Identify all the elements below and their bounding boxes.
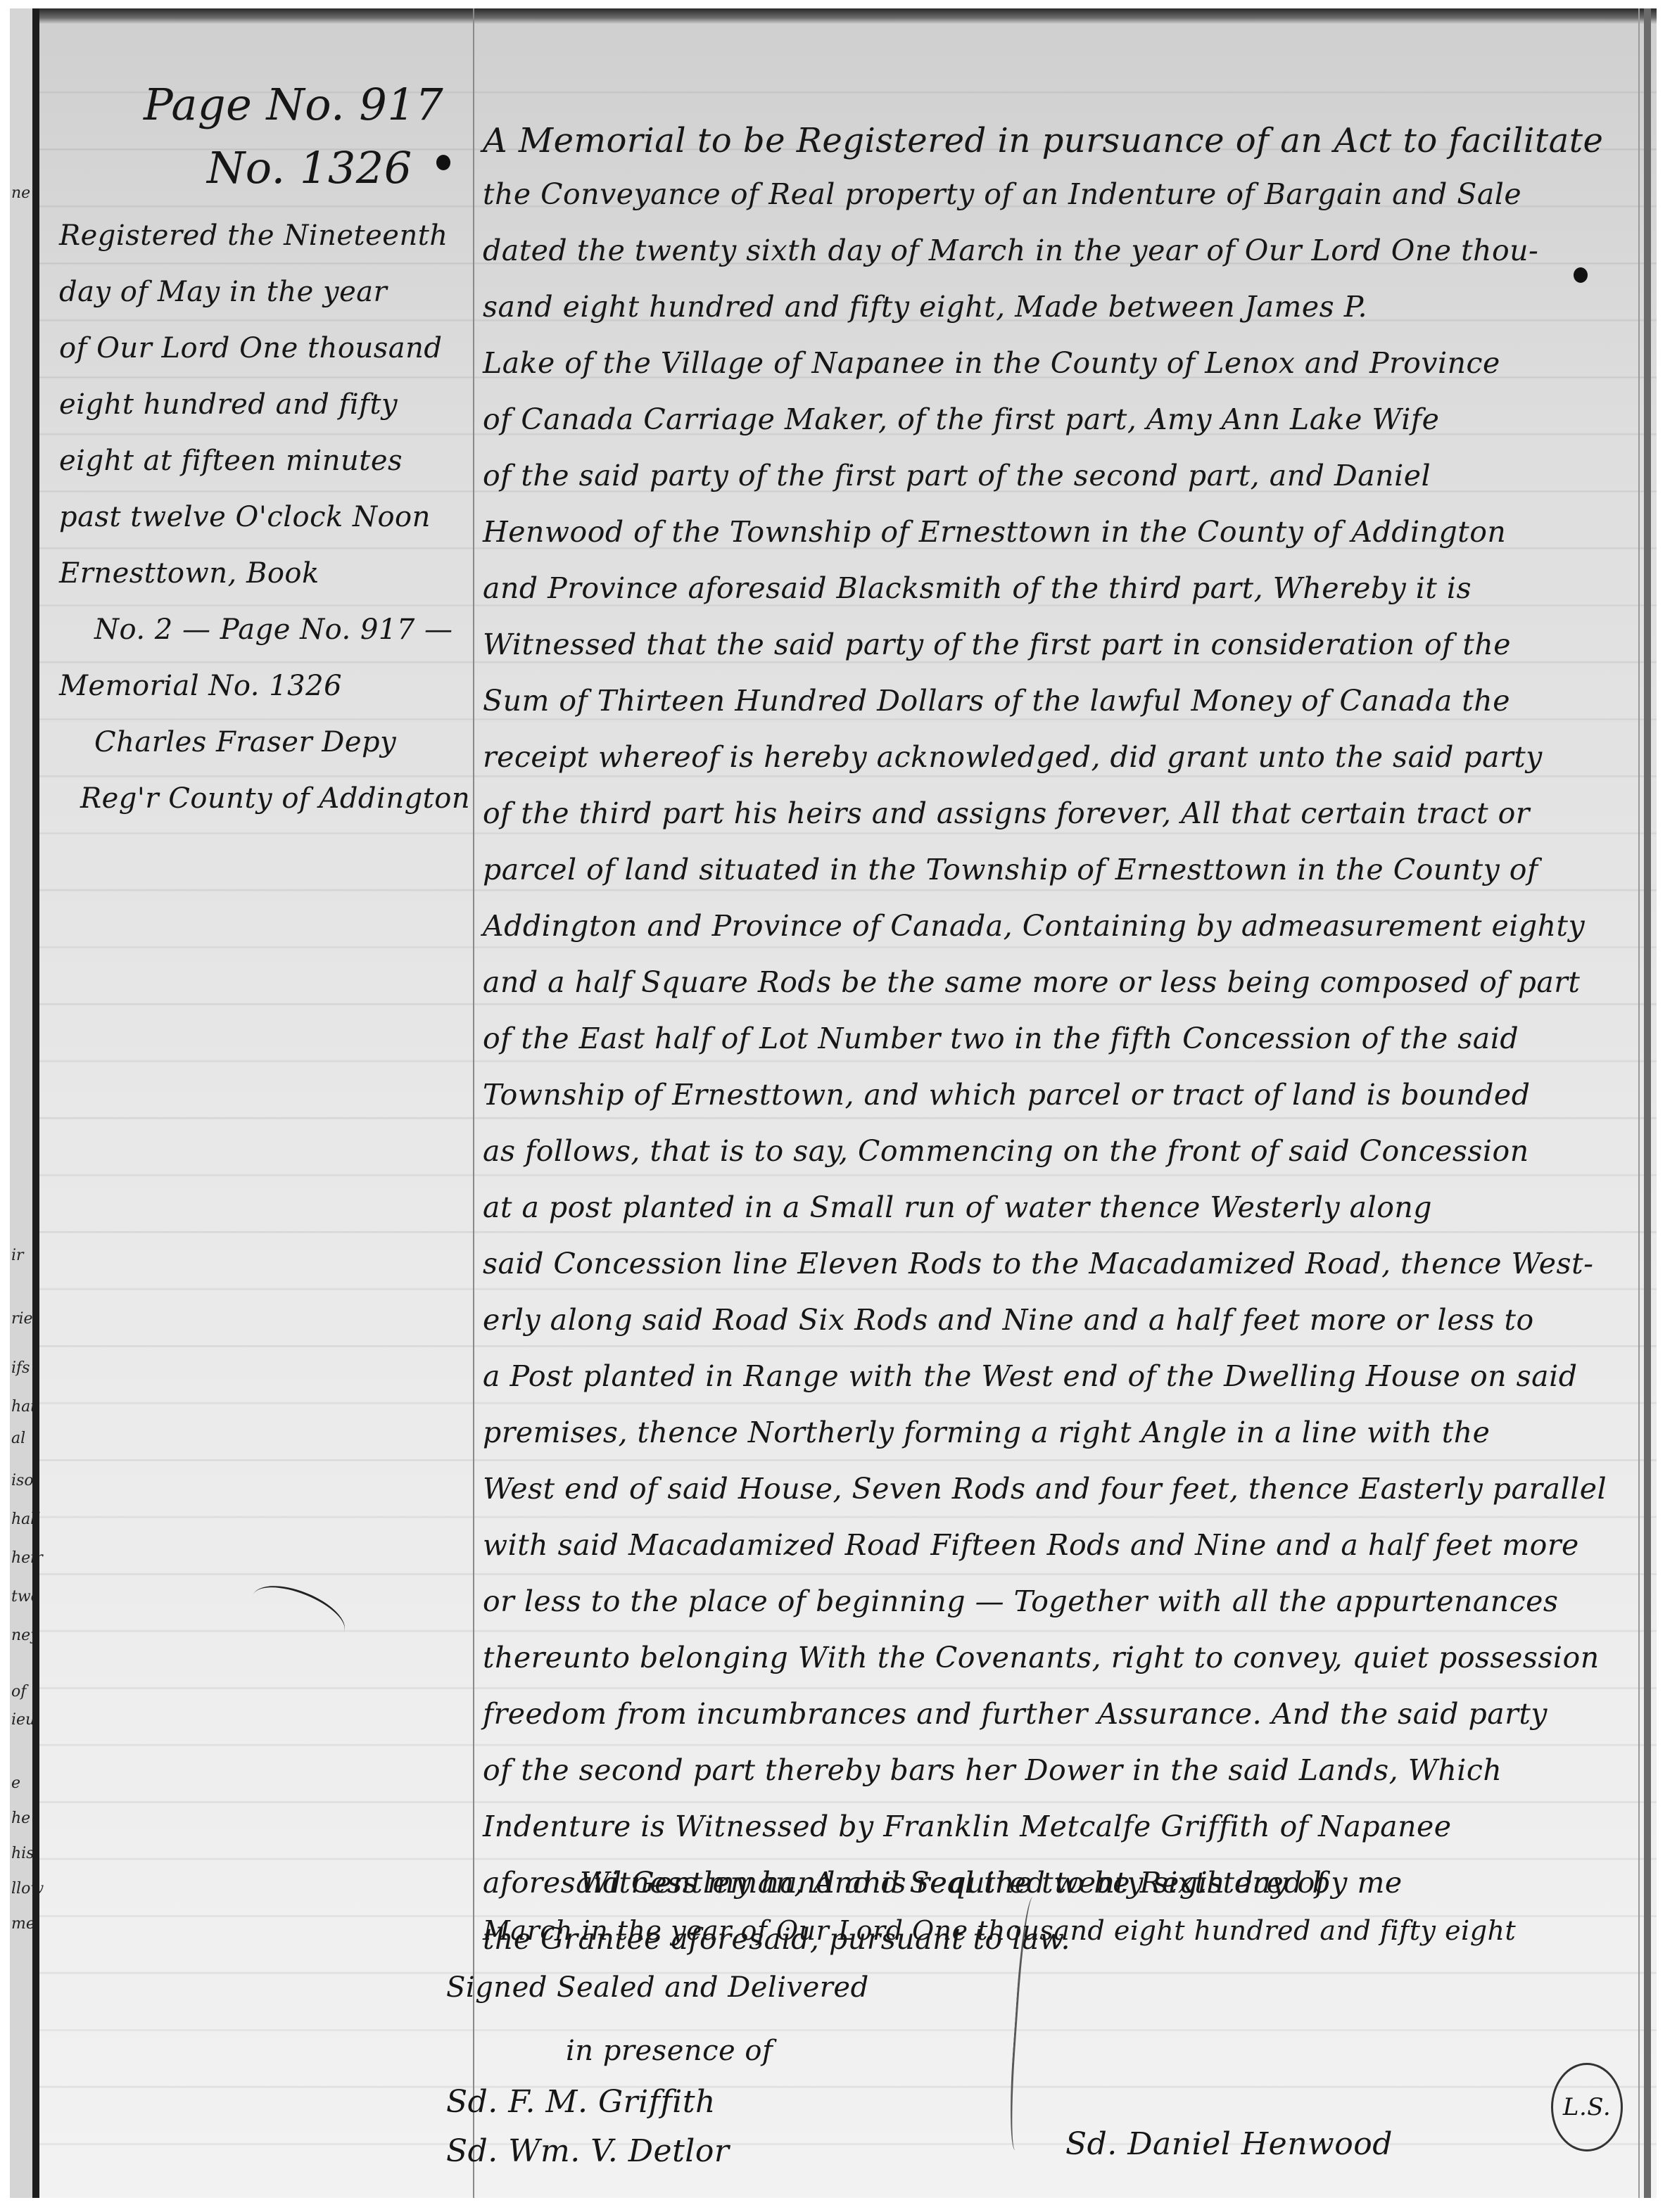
body-line: premises, thence Northerly forming a rig… — [483, 1416, 1490, 1449]
margin-line: Reg'r County of Addington — [80, 782, 470, 815]
margin-line: of Our Lord One thousand — [59, 332, 442, 364]
witness-signature-detlor: Sd. Wm. V. Detlor — [446, 2133, 729, 2169]
margin-line: eight hundred and fifty — [59, 388, 398, 421]
body-line: Sum of Thirteen Hundred Dollars of the l… — [483, 684, 1510, 718]
body-line: of the second part thereby bars her Dowe… — [483, 1753, 1502, 1787]
facing-page-fragments: ne ir rie ifs hat al iso hall heir two n… — [10, 8, 32, 2198]
margin-line: No. 2 — Page No. 917 — — [94, 614, 453, 646]
margin-column-rule — [473, 8, 474, 2198]
body-line: thereunto belonging With the Covenants, … — [483, 1641, 1600, 1674]
margin-line: eight at fifteen minutes — [59, 445, 403, 477]
page-top-shadow — [10, 8, 1657, 24]
body-line: freedom from incumbrances and further As… — [483, 1697, 1548, 1731]
body-line: West end of said House, Seven Rods and f… — [483, 1472, 1607, 1506]
right-inner-rule — [1638, 8, 1640, 2198]
body-line: dated the twenty sixth day of March in t… — [483, 234, 1538, 267]
body-line: the Conveyance of Real property of an In… — [483, 177, 1521, 211]
body-line: Henwood of the Township of Ernesttown in… — [483, 515, 1506, 549]
body-line: of Canada Carriage Maker, of the first p… — [483, 402, 1439, 436]
right-page-border — [1644, 8, 1651, 2198]
edge-fragment: ifs — [11, 1359, 30, 1377]
body-line: said Concession line Eleven Rods to the … — [483, 1247, 1593, 1280]
edge-fragment: of — [11, 1683, 26, 1701]
body-line: receipt whereof is hereby acknowledged, … — [483, 740, 1543, 774]
grantor-signature: Sd. Daniel Henwood — [1065, 2126, 1393, 2162]
body-line: Indenture is Witnessed by Franklin Metca… — [483, 1810, 1452, 1843]
body-line: as follows, that is to say, Commencing o… — [483, 1134, 1529, 1168]
body-line: of the third part his heirs and assigns … — [483, 796, 1530, 830]
ledger-page: ne ir rie ifs hat al iso hall heir two n… — [10, 8, 1657, 2198]
edge-fragment: he — [11, 1810, 30, 1827]
edge-fragment: rie — [11, 1310, 33, 1328]
edge-fragment: his — [11, 1845, 34, 1862]
body-line: Lake of the Village of Napanee in the Co… — [483, 346, 1500, 380]
margin-line: past twelve O'clock Noon — [59, 501, 431, 533]
page-number-heading: Page No. 917 — [144, 79, 443, 130]
body-line: and Province aforesaid Blacksmith of the… — [483, 571, 1472, 605]
in-presence-of: in presence of — [566, 2035, 773, 2067]
edge-fragment: ne — [11, 184, 30, 202]
body-line: at a post planted in a Small run of wate… — [483, 1190, 1432, 1224]
body-line: or less to the place of beginning — Toge… — [483, 1584, 1558, 1618]
body-line: and a half Square Rods be the same more … — [483, 965, 1580, 999]
binding-margin-rule — [32, 8, 39, 2198]
seal-circle-icon: L.S. — [1551, 2063, 1623, 2151]
margin-line: Registered the Nineteenth — [59, 220, 448, 252]
margin-line: Charles Fraser Depy — [94, 726, 396, 758]
body-line: Township of Ernesttown, and which parcel… — [483, 1078, 1530, 1112]
witness-signature-griffith: Sd. F. M. Griffith — [446, 2084, 716, 2120]
margin-line: day of May in the year — [59, 276, 387, 308]
body-line: of the said party of the first part of t… — [483, 459, 1431, 492]
body-line: Addington and Province of Canada, Contai… — [483, 909, 1585, 943]
seal-label: L.S. — [1563, 2093, 1611, 2121]
body-line: a Post planted in Range with the West en… — [483, 1359, 1577, 1393]
witness-clause-line-2: March in the year of Our Lord One thousa… — [483, 1915, 1516, 1946]
edge-fragment: me — [11, 1915, 35, 1933]
edge-fragment: ir — [11, 1247, 24, 1264]
body-line: erly along said Road Six Rods and Nine a… — [483, 1303, 1534, 1337]
witness-clause-line-1: Witness my hand and Seal the twenty sixt… — [580, 1866, 1327, 1900]
margin-line: Memorial No. 1326 — [59, 670, 342, 702]
ink-blot — [436, 155, 450, 170]
signed-sealed-delivered: Signed Sealed and Delivered — [446, 1971, 869, 2004]
body-line: sand eight hundred and fifty eight, Made… — [483, 290, 1367, 324]
body-line: with said Macadamized Road Fifteen Rods … — [483, 1528, 1579, 1562]
ink-blot — [1574, 267, 1588, 283]
body-line: parcel of land situated in the Township … — [483, 853, 1538, 886]
edge-fragment: iso — [11, 1472, 34, 1489]
body-line: Witnessed that the said party of the fir… — [483, 628, 1511, 661]
body-line: A Memorial to be Registered in pursuance… — [483, 121, 1603, 160]
body-line: of the East half of Lot Number two in th… — [483, 1022, 1519, 1055]
memorial-number-heading: No. 1326 — [207, 142, 412, 193]
edge-fragment: e — [11, 1774, 20, 1792]
edge-fragment: al — [11, 1430, 25, 1447]
margin-line: Ernesttown, Book — [59, 557, 319, 590]
